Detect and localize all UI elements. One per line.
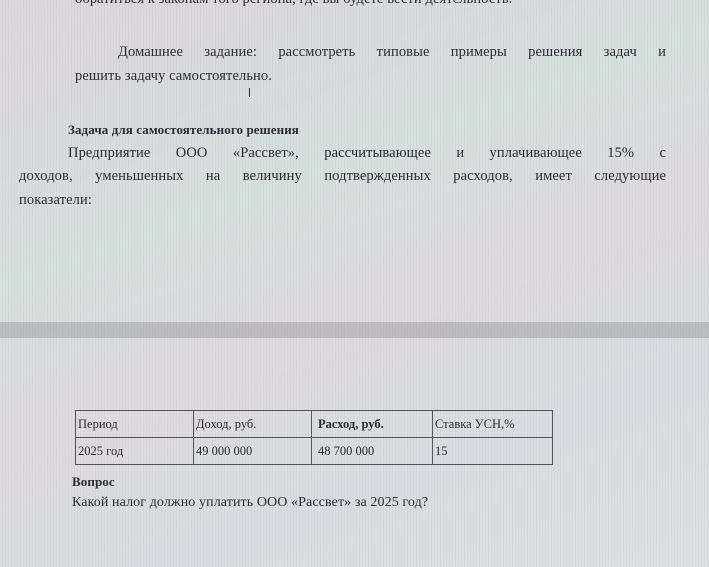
task-paragraph-line-2: доходов, уменьшенных на величину подтвер…: [19, 168, 666, 185]
question-heading: Вопрос: [72, 474, 115, 490]
task-heading: Задача для самостоятельного решения: [68, 122, 299, 138]
homework-line-2: решить задачу самостоятельно.: [75, 68, 272, 85]
page-break: [0, 322, 709, 338]
cell-expense: 48 700 000: [312, 438, 433, 465]
document-page-1: обратиться к законам того региона, где в…: [0, 0, 709, 322]
task-paragraph-line-1: Предприятие ООО «Рассвет», рассчитывающе…: [68, 145, 666, 162]
header-cell-period: Период: [76, 411, 194, 438]
header-cell-income: Доход, руб.: [194, 411, 312, 438]
indicators-table: Период Доход, руб. Расход, руб. Ставка У…: [75, 410, 553, 465]
task-paragraph-line-3: показатели:: [19, 192, 92, 209]
header-cell-rate: Ставка УСН,%: [433, 411, 553, 438]
table-row: 2025 год 49 000 000 48 700 000 15: [76, 438, 553, 465]
question-text: Какой налог должно уплатить ООО «Рассвет…: [72, 495, 428, 511]
text-cursor: [249, 88, 250, 97]
homework-line-1: Домашнее задание: рассмотреть типовые пр…: [118, 44, 666, 61]
cell-period: 2025 год: [76, 438, 194, 465]
previous-paragraph-line: обратиться к законам того региона, где в…: [75, 0, 512, 8]
header-cell-expense: Расход, руб.: [312, 411, 433, 438]
table-header-row: Период Доход, руб. Расход, руб. Ставка У…: [76, 411, 553, 438]
cell-income: 49 000 000: [194, 438, 312, 465]
cell-rate: 15: [433, 438, 553, 465]
